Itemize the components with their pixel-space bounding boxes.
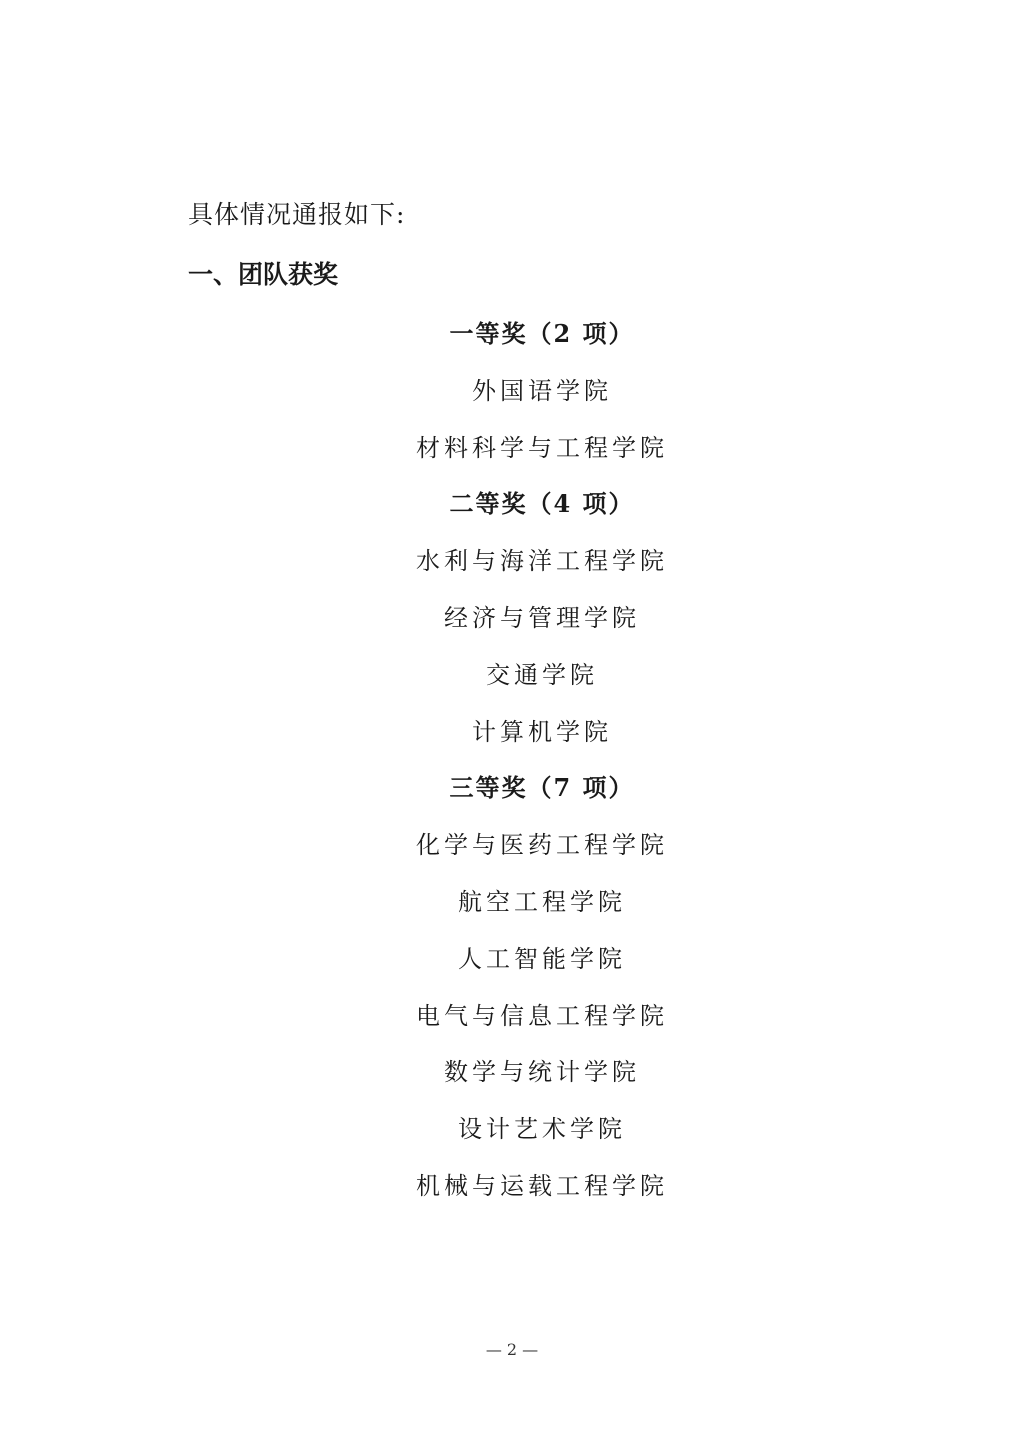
winner-item: 经济与管理学院	[0, 598, 1024, 655]
intro-text: 具体情况通报如下:	[188, 198, 405, 232]
award-tier-first: 一等奖（2 项）	[0, 314, 1024, 371]
award-tier-third: 三等奖（7 项）	[0, 768, 1024, 825]
winner-item: 人工智能学院	[0, 939, 1024, 996]
winner-item: 外国语学院	[0, 371, 1024, 428]
award-tier-second: 二等奖（4 项）	[0, 484, 1024, 541]
winner-item: 数学与统计学院	[0, 1052, 1024, 1109]
award-list: 一等奖（2 项） 外国语学院 材料科学与工程学院 二等奖（4 项） 水利与海洋工…	[0, 314, 1024, 1223]
winner-item: 化学与医药工程学院	[0, 825, 1024, 882]
section-heading-team-awards: 一、团队获奖	[188, 258, 338, 292]
winner-item: 电气与信息工程学院	[0, 996, 1024, 1053]
page-number: — 2 —	[0, 1340, 1024, 1359]
winner-item: 机械与运载工程学院	[0, 1166, 1024, 1223]
winner-item: 交通学院	[0, 655, 1024, 712]
winner-item: 计算机学院	[0, 712, 1024, 769]
winner-item: 航空工程学院	[0, 882, 1024, 939]
winner-item: 材料科学与工程学院	[0, 428, 1024, 485]
winner-item: 设计艺术学院	[0, 1109, 1024, 1166]
winner-item: 水利与海洋工程学院	[0, 541, 1024, 598]
